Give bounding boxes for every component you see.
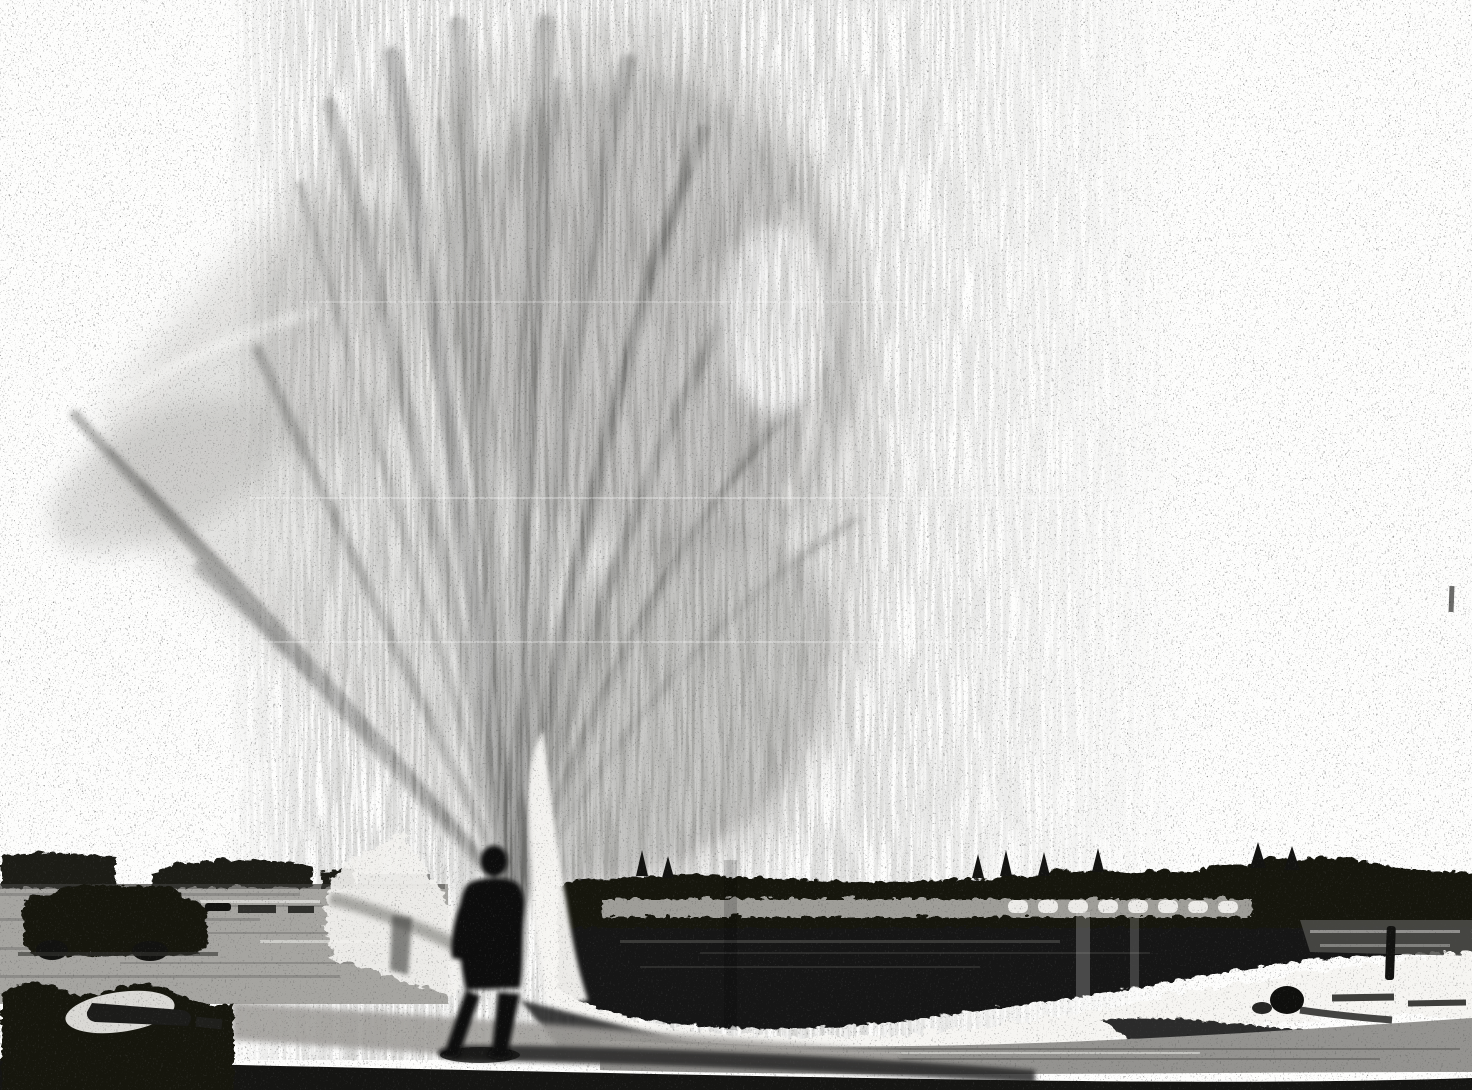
artifact-dash xyxy=(1449,586,1455,612)
photograph-balloon-inflation: Balloon inflation photograph xyxy=(0,0,1472,1090)
photo-canvas: Balloon inflation photograph xyxy=(0,0,1472,1090)
grain-overlay xyxy=(0,0,1472,1090)
